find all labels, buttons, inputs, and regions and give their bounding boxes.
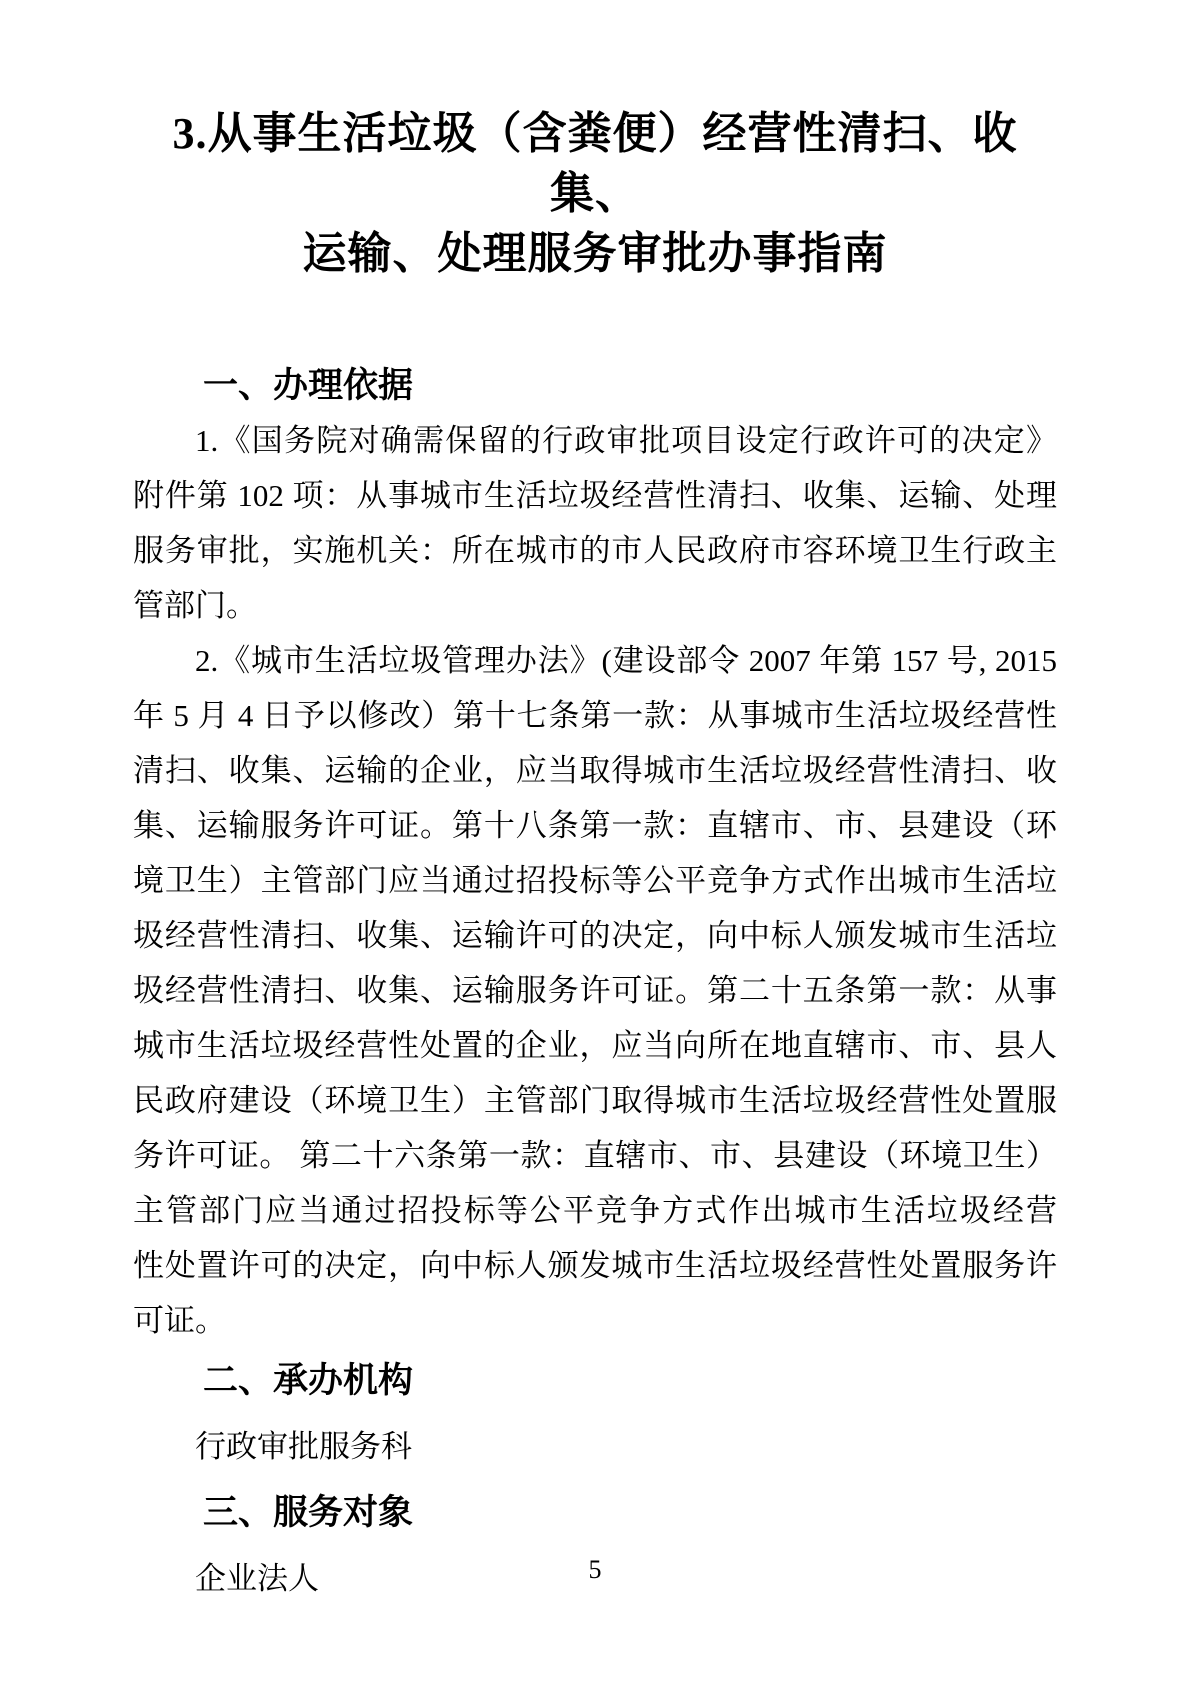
section: 一、办理依据1.《国务院对确需保留的行政审批项目设定行政许可的决定》附件第 10…	[133, 358, 1057, 1348]
text-line: 管部门。	[133, 578, 1057, 633]
section: 二、承办机构行政审批服务科	[133, 1348, 1057, 1480]
text-line: 年 5 月 4 日予以修改）第十七条第一款：从事城市生活垃圾经营性	[133, 688, 1057, 743]
text-line: 行政审批服务科	[133, 1414, 1057, 1480]
text-line: 务许可证。 第二十六条第一款：直辖市、市、县建设（环境卫生）	[133, 1128, 1057, 1183]
text-line: 清扫、收集、运输的企业，应当取得城市生活垃圾经营性清扫、收	[133, 743, 1057, 798]
paragraph: 2.《城市生活垃圾管理办法》(建设部令 2007 年第 157 号, 2015年…	[133, 633, 1057, 1348]
document-title: 3.从事生活垃圾（含粪便）经营性清扫、收集、 运输、处理服务审批办事指南	[133, 104, 1057, 284]
text-line: 圾经营性清扫、收集、运输服务许可证。第二十五条第一款：从事	[133, 963, 1057, 1018]
text-line: 可证。	[133, 1293, 1057, 1348]
text-line: 主管部门应当通过招投标等公平竞争方式作出城市生活垃圾经营	[133, 1183, 1057, 1238]
text-line: 服务审批，实施机关：所在城市的市人民政府市容环境卫生行政主	[133, 523, 1057, 578]
text-line: 集、运输服务许可证。第十八条第一款：直辖市、市、县建设（环	[133, 798, 1057, 853]
document-content: 一、办理依据1.《国务院对确需保留的行政审批项目设定行政许可的决定》附件第 10…	[133, 358, 1057, 1612]
page-number: 5	[0, 1550, 1190, 1590]
text-line: 1.《国务院对确需保留的行政审批项目设定行政许可的决定》	[133, 413, 1057, 468]
text-line: 圾经营性清扫、收集、运输许可的决定，向中标人颁发城市生活垃	[133, 908, 1057, 963]
title-line-2: 运输、处理服务审批办事指南	[133, 224, 1057, 284]
text-line: 民政府建设（环境卫生）主管部门取得城市生活垃圾经营性处置服	[133, 1073, 1057, 1128]
section-heading: 三、服务对象	[133, 1480, 1057, 1546]
title-line-1: 3.从事生活垃圾（含粪便）经营性清扫、收集、	[133, 104, 1057, 224]
text-line: 附件第 102 项：从事城市生活垃圾经营性清扫、收集、运输、处理	[133, 468, 1057, 523]
text-line: 性处置许可的决定，向中标人颁发城市生活垃圾经营性处置服务许	[133, 1238, 1057, 1293]
paragraph: 1.《国务院对确需保留的行政审批项目设定行政许可的决定》附件第 102 项：从事…	[133, 413, 1057, 633]
paragraph: 行政审批服务科	[133, 1414, 1057, 1480]
section: 三、服务对象企业法人	[133, 1480, 1057, 1612]
section-heading: 一、办理依据	[133, 358, 1057, 413]
text-line: 城市生活垃圾经营性处置的企业，应当向所在地直辖市、市、县人	[133, 1018, 1057, 1073]
section-heading: 二、承办机构	[133, 1348, 1057, 1414]
document-page: 3.从事生活垃圾（含粪便）经营性清扫、收集、 运输、处理服务审批办事指南 一、办…	[0, 0, 1190, 1684]
text-line: 境卫生）主管部门应当通过招投标等公平竞争方式作出城市生活垃	[133, 853, 1057, 908]
text-line: 2.《城市生活垃圾管理办法》(建设部令 2007 年第 157 号, 2015	[133, 633, 1057, 688]
